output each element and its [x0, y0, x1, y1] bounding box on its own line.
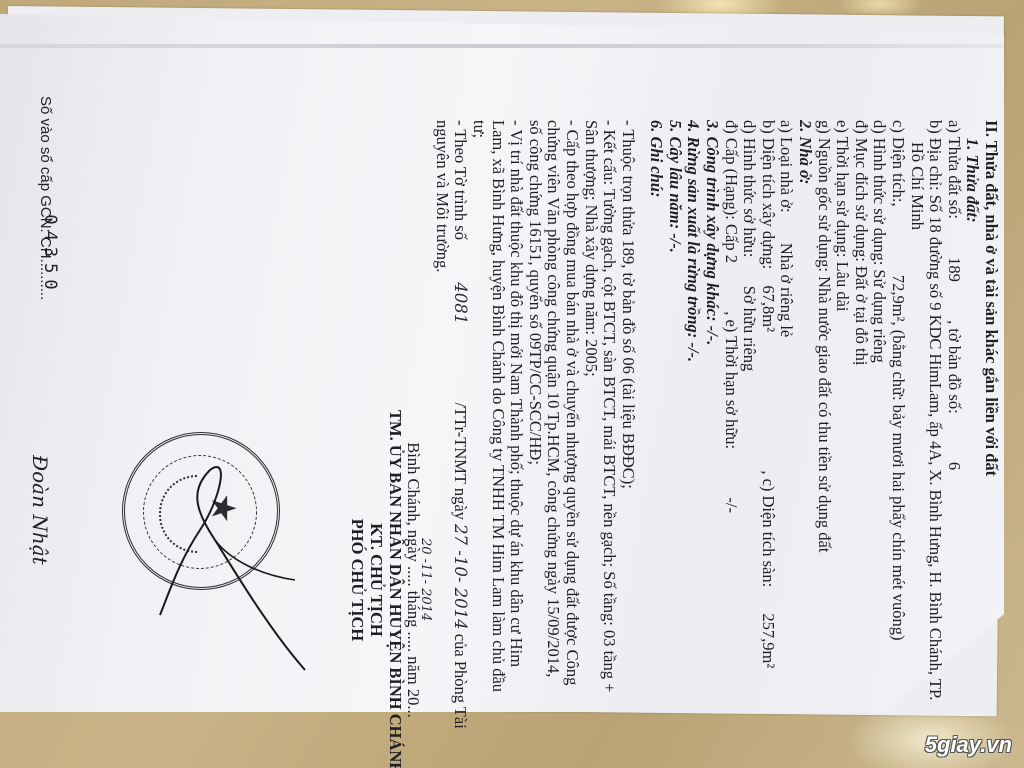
registry-number: 04350 — [40, 214, 60, 295]
map-sheet-number: 6 — [945, 462, 964, 470]
signature-block: Bình Chánh, ngày ..... tháng ..... năm 2… — [348, 410, 422, 750]
submission-number: 4081 — [451, 282, 470, 324]
place-date: Bình Chánh, ngày ..... tháng ..... năm 2… — [404, 410, 423, 750]
note-line: chứng viên Văn phòng công chứng quận 10 … — [544, 120, 563, 760]
submission-line-2: nguyên và Môi trường. — [432, 120, 451, 760]
parcel-label: a) Thửa đất số: — [945, 120, 964, 219]
area-line: c) Diện tích:, 72,9m², (bằng chữ: bảy mư… — [888, 120, 907, 760]
purpose-value: Đất ở tại đô thị — [852, 266, 871, 365]
watermark-logo: 5giay.vn — [925, 732, 1012, 758]
address-line-2: Hồ Chí Minh — [907, 142, 926, 760]
purpose-label: đ) Mục đích sử dụng: — [852, 120, 871, 262]
house-type-line: a) Loại nhà ở: Nhà ở riêng lẻ — [777, 120, 796, 760]
area-value: 72,9m², (bằng chữ: bảy mươi hai phẩy chí… — [889, 275, 908, 641]
perennial: 5. Cây lâu năm: -/-. — [665, 120, 684, 760]
org-line-1: TM. ỦY BAN NHÂN DÂN HUYỆN BÌNH CHÁNH — [385, 410, 404, 750]
term-line: e) Thời hạn sử dụng: Lâu dài — [833, 120, 852, 760]
use-form-line: d) Hình thức sử dụng: Sử dụng riêng — [870, 120, 889, 760]
registry-number-line: Số vào sổ cấp GCN: CH.......... 04350 — [36, 96, 56, 386]
own-term-value: -/- — [722, 497, 741, 513]
note-line: Lam, xã Bình Hưng, huyện Bình Chánh do C… — [488, 120, 507, 760]
address-label: b) Địa chỉ: — [926, 120, 945, 191]
note-line: tư; — [469, 120, 488, 760]
date-stamp: 20 -11- 2014 — [416, 538, 435, 621]
build-area-value: 67,8m² — [759, 285, 778, 332]
origin-label: g) Nguồn gốc sử dụng: — [815, 120, 834, 272]
term-value: Lâu dài — [833, 262, 852, 312]
build-area-label: b) Diện tích xây dựng: — [759, 120, 778, 269]
floor-area-label: , c) Diện tích sàn: — [759, 470, 778, 587]
grade-value: Cấp 2 — [722, 224, 741, 263]
submission-line: - Theo Tờ trình số 4081 /TTr-TNMT ngày 2… — [451, 120, 470, 760]
grade-label: đ) Cấp (Hạng): — [722, 120, 741, 220]
use-form-value: Sử dụng riêng — [870, 269, 889, 362]
signature-stroke — [120, 430, 320, 690]
notes-heading: 6. Ghi chú: — [647, 120, 666, 760]
note-line: - Kết cấu: Tường gạch, cột BTCT, sàn BTC… — [600, 120, 619, 760]
grade-line: đ) Cấp (Hạng): Cấp 2 , e) Thời hạn sở hữ… — [721, 120, 740, 760]
ownership-value: Sở hữu riêng — [740, 286, 759, 372]
use-form-label: d) Hình thức sử dụng: — [870, 120, 889, 265]
note-line: - Cấp theo hợp đồng mua bán nhà ở và chu… — [562, 120, 581, 760]
origin-line: g) Nguồn gốc sử dụng: Nhà nước giao đất … — [814, 120, 833, 760]
house-type-value: Nhà ở riêng lẻ — [777, 243, 796, 337]
area-label: c) Diện tích:, — [889, 120, 908, 207]
purpose-line: đ) Mục đích sử dụng: Đất ở tại đô thị — [851, 120, 870, 760]
origin-value: Nhà nước giao đất có thu tiền sử dụng đấ… — [815, 276, 834, 552]
note-line: - Vị trí nhà đất thuộc khu đô thị mới Na… — [507, 120, 526, 760]
house-type-label: a) Loại nhà ở: — [777, 120, 796, 213]
other-works: 3. Công trình xây dựng khác: -/-. — [703, 120, 722, 760]
build-area-line: b) Diện tích xây dựng: 67,8m² , c) Diện … — [758, 120, 777, 760]
ownership-label: d) Hình thức sở hữu: — [740, 120, 759, 258]
parcel-number: 189 — [945, 257, 964, 282]
note-line: - Thuộc trọn thửa 189, tờ bản đồ số 06 (… — [618, 120, 637, 760]
submission-prefix: - Theo Tờ trình số — [451, 120, 470, 240]
house-heading: 2. Nhà ở: — [795, 120, 814, 760]
land-heading: 1. Thửa đất: — [963, 138, 982, 760]
address-line: b) Địa chỉ: Số 18 đường số 9 KDC HimLam,… — [926, 120, 945, 760]
signer-name: Đoàn Nhật — [28, 455, 52, 565]
submission-suffix: của Phòng Tài — [451, 634, 470, 729]
address-value: Số 18 đường số 9 KDC HimLam, ấp 4A, X. B… — [926, 195, 945, 701]
org-line-2: KT. CHỦ TỊCH — [366, 410, 385, 750]
submission-middle: /TTr-TNMT ngày — [451, 402, 470, 519]
parcel-line: a) Thửa đất số: 189 , tờ bản đồ số: 6 — [944, 120, 963, 760]
section-title: II. Thửa đất, nhà ở và tài sản khác gắn … — [981, 120, 1000, 760]
forest: 4. Rừng sản xuất là rừng trồng: -/-. — [684, 120, 703, 760]
paper-crease — [0, 44, 1004, 48]
org-line-3: PHÓ CHỦ TỊCH — [348, 410, 367, 750]
submission-date: 27 -10- 2014 — [451, 524, 470, 630]
floor-area-value: 257,9m² — [759, 613, 778, 668]
map-sheet-label: , tờ bản đồ số: — [945, 320, 964, 414]
term-label: e) Thời hạn sử dụng: — [833, 120, 852, 257]
own-term-label: , e) Thời hạn sở hữu: — [722, 311, 741, 449]
note-line: số công chứng 16151, quyển số 09TP/CC-SC… — [525, 120, 544, 760]
ownership-line: d) Hình thức sở hữu: Sở hữu riêng — [740, 120, 759, 760]
note-line: Sân thượng; Nhà xây dựng năm: 2005; — [581, 120, 600, 760]
